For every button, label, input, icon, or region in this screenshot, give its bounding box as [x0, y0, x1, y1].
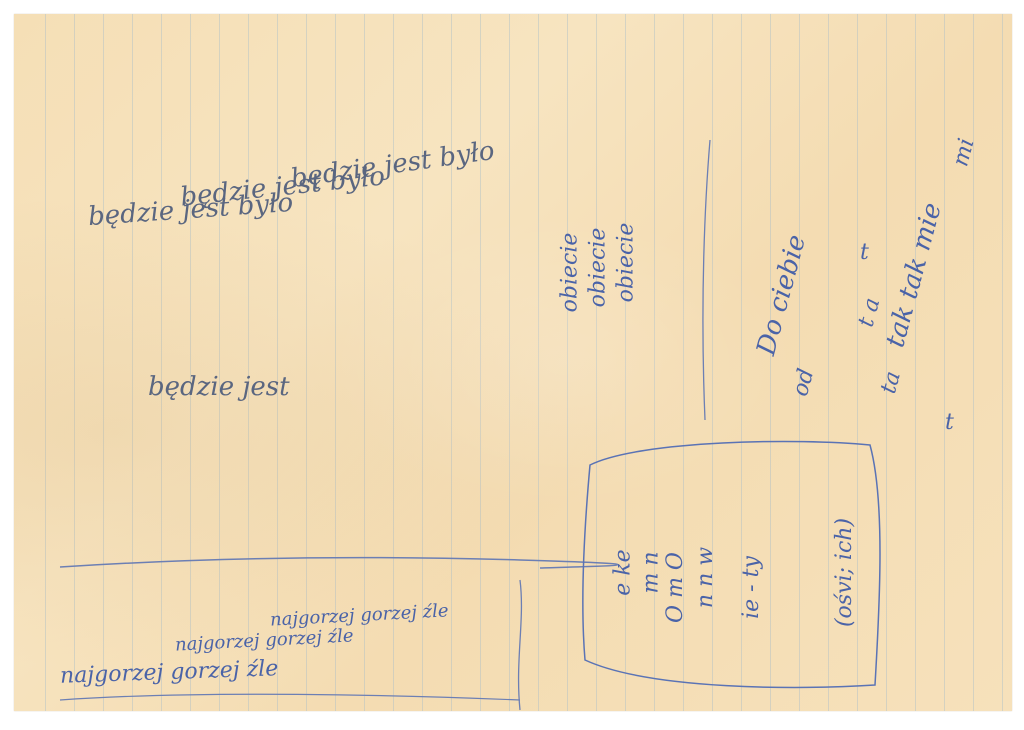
- box-line-5: ie - ty: [739, 556, 764, 619]
- pen-strokes: [0, 0, 1024, 730]
- right-line-t: t: [860, 240, 869, 265]
- box-line-2: m n: [639, 551, 664, 593]
- box-line-3: O m O: [663, 552, 688, 623]
- right-line-t2: t: [945, 410, 954, 435]
- vertical-line-1: obiecie: [557, 233, 582, 313]
- vertical-line-2: obiecie: [585, 228, 610, 308]
- vertical-line-3: obiecie: [613, 223, 638, 303]
- partial-line: będzie jest: [148, 372, 290, 402]
- box-line-4: n n w: [693, 547, 718, 608]
- box-line-6: (ośvi; ich): [832, 518, 857, 627]
- box-line-1: e ke: [611, 549, 636, 595]
